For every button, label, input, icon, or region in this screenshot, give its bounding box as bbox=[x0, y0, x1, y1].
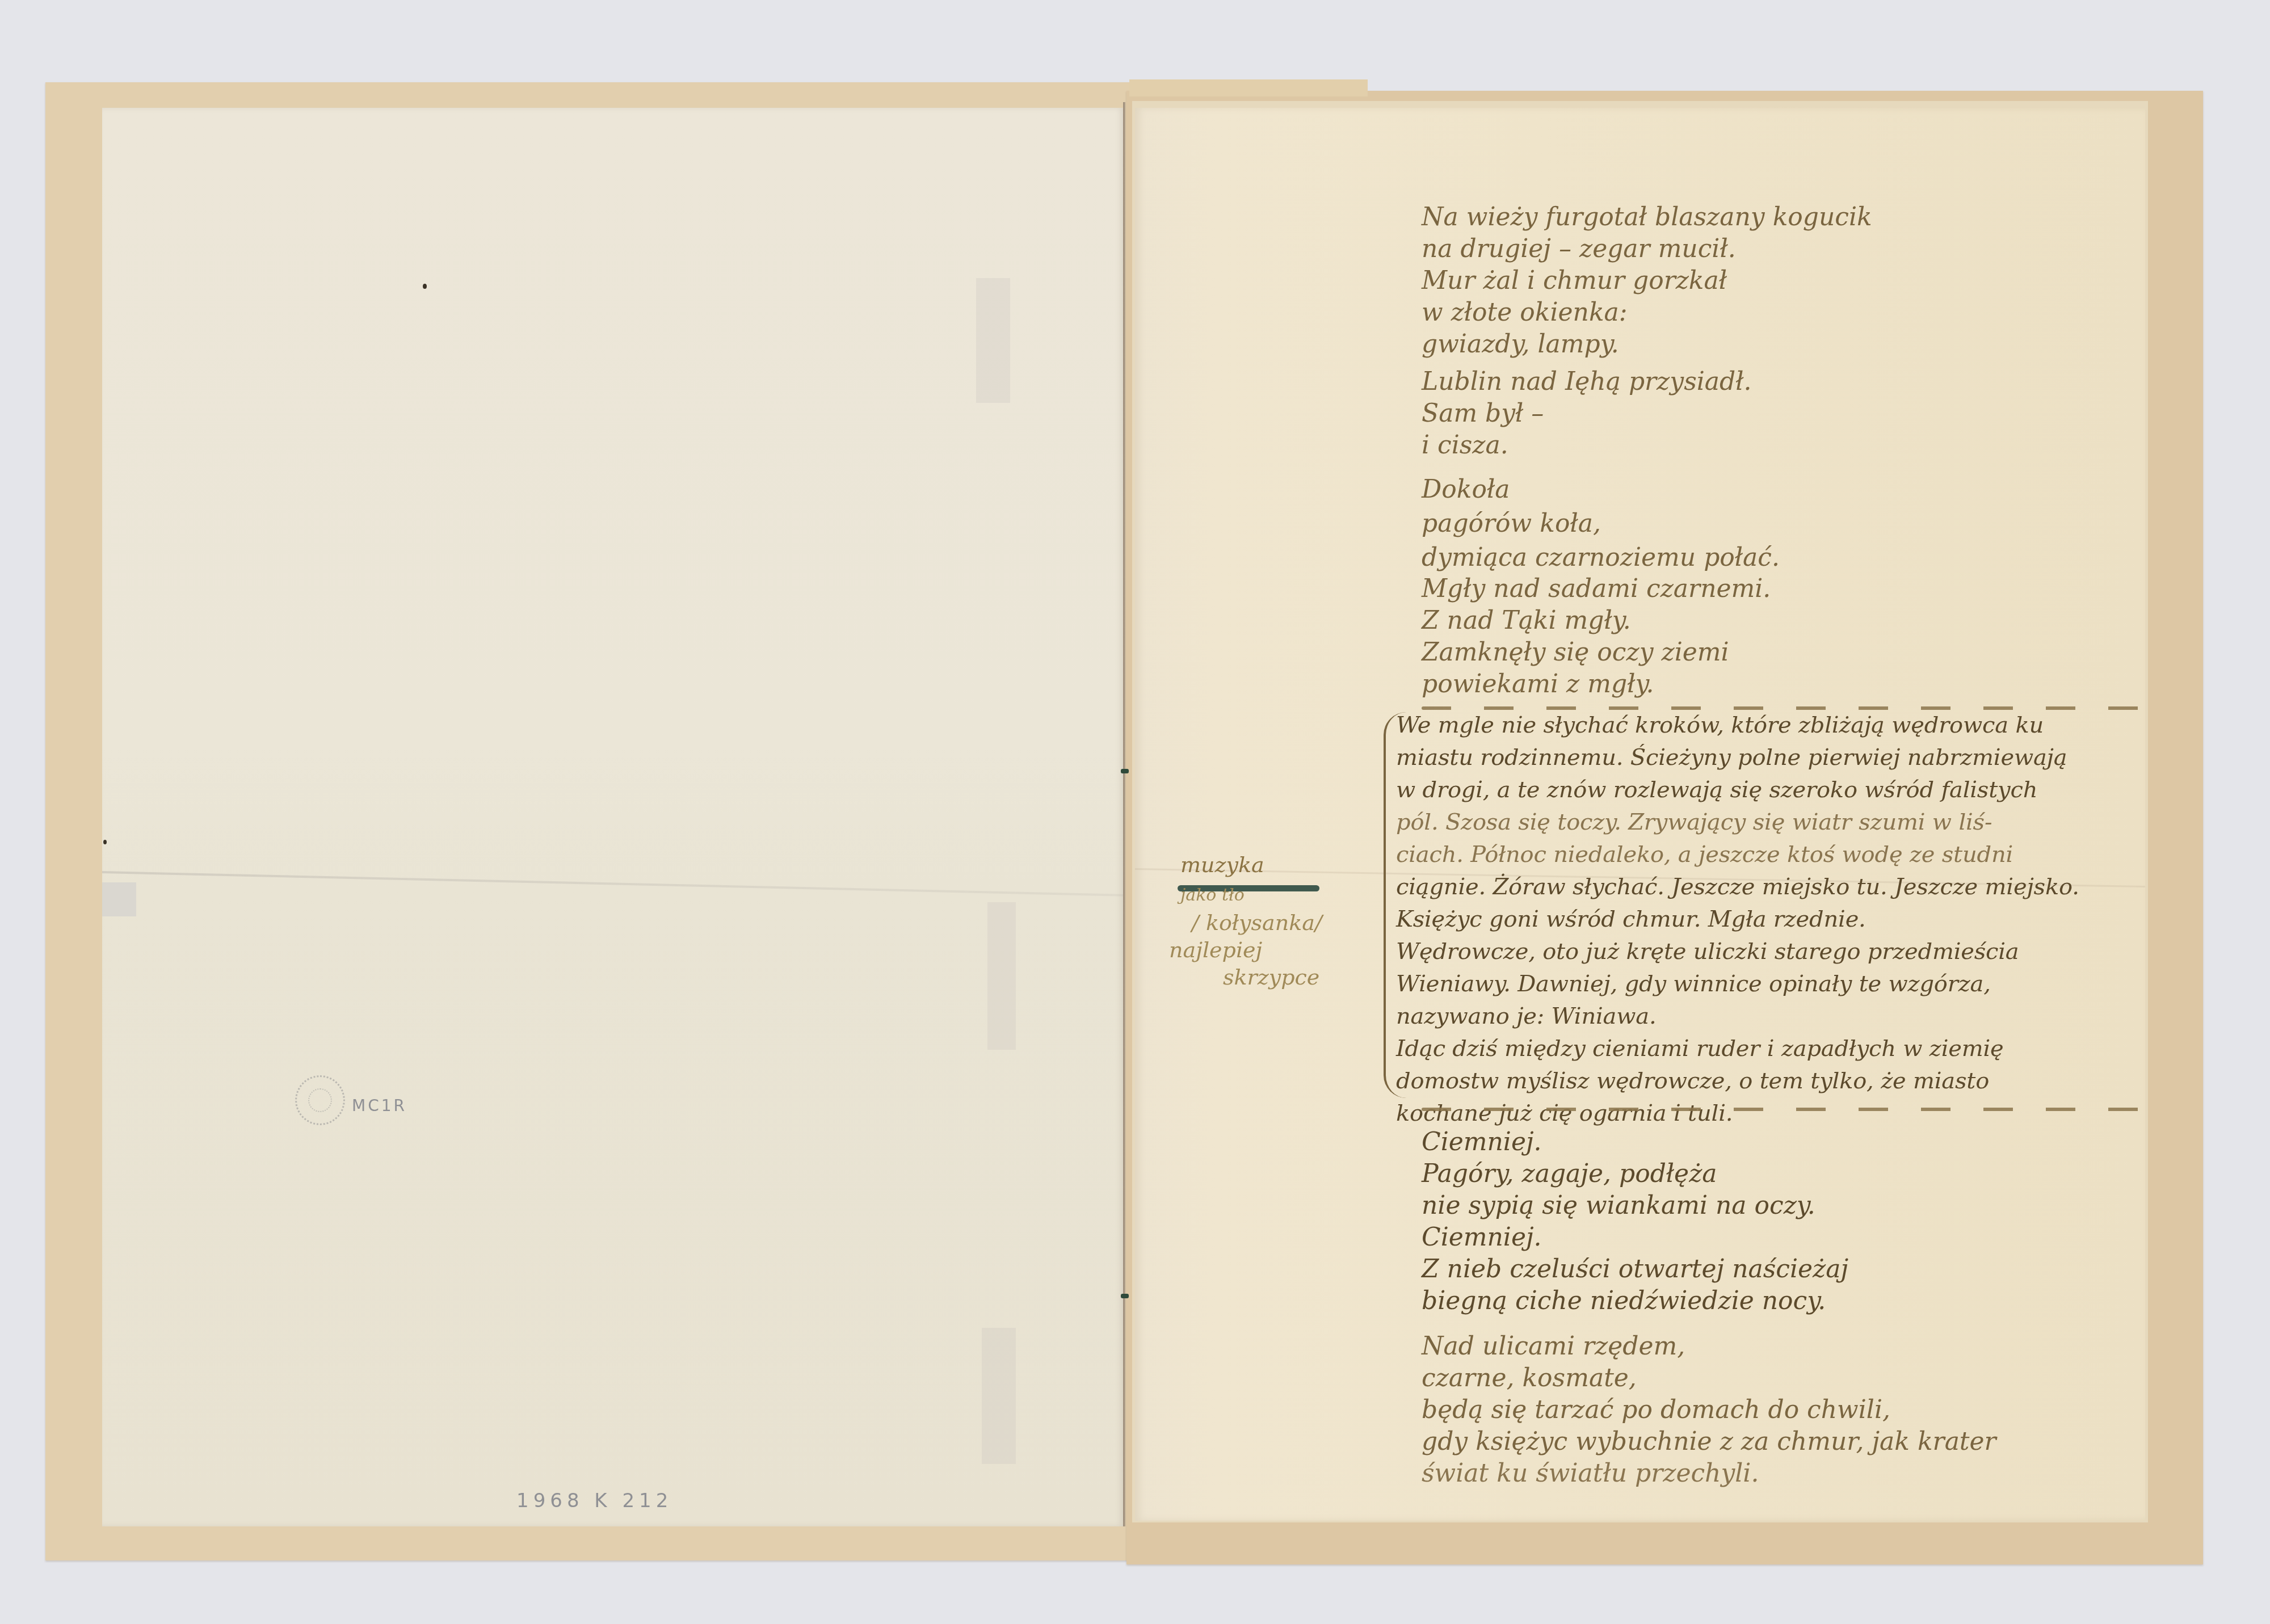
stanza-2: Lublin nad Ięhą przysiadł. Sam był – i c… bbox=[1422, 366, 1751, 461]
prose-line: nazywano je: Winiawa. bbox=[1396, 1000, 2079, 1033]
left-page bbox=[102, 108, 1124, 1526]
stanza-4: Mgły nad sadami czarnemi. Z nad Tąki mgł… bbox=[1422, 573, 1771, 700]
prose-line: domostw myślisz wędrowcze, o tem tylko, … bbox=[1396, 1065, 2079, 1097]
prose-line: Wędrowcze, oto już kręte uliczki starego… bbox=[1396, 936, 2079, 968]
poem-line: Z nad Tąki mgły. bbox=[1422, 605, 1771, 637]
poem-line: i cisza. bbox=[1422, 430, 1751, 461]
prose-line: Idąc dziś między cieniami ruder i zapadł… bbox=[1396, 1033, 2079, 1065]
poem-line: Lublin nad Ięhą przysiadł. bbox=[1422, 366, 1751, 398]
prose-line: Księżyc goni wśród chmur. Mgła rzednie. bbox=[1396, 903, 2079, 936]
margin-note: muzyka jako tło / kołysanka/ najlepiej s… bbox=[1180, 851, 1322, 991]
poem-line: Z nieb czeluści otwartej naścieżaj bbox=[1422, 1253, 1848, 1285]
accession-number: 1968 K 212 bbox=[516, 1490, 672, 1512]
stanza-6: Nad ulicami rzędem, czarne, kosmate, będ… bbox=[1422, 1331, 1996, 1490]
repair-tape bbox=[976, 278, 1010, 403]
poem-line: Ciemniej. bbox=[1422, 1222, 1848, 1253]
poem-line: Mur żal i chmur gorzkał bbox=[1422, 265, 1872, 297]
poem-line: pagórów koła, bbox=[1422, 508, 1780, 540]
stanza-5: Ciemniej. Pagóry, zagaje, podłęża nie sy… bbox=[1422, 1126, 1848, 1317]
poem-line: czarne, kosmate, bbox=[1422, 1362, 1996, 1394]
poem-line: Ciemniej. bbox=[1422, 1126, 1848, 1158]
margin-note-line: / kołysanka/ bbox=[1180, 909, 1322, 936]
poem-line: świat ku światłu przechyli. bbox=[1422, 1458, 1996, 1490]
poem-line: Pagóry, zagaje, podłęża bbox=[1422, 1158, 1848, 1190]
poem-line: Sam był – bbox=[1422, 398, 1751, 430]
margin-struck-word: muzyka bbox=[1180, 851, 1322, 878]
poem-line: Dokoła bbox=[1422, 474, 1780, 506]
stanza-3: Dokoła pagórów koła, dymiąca czarnoziemu… bbox=[1422, 474, 1780, 574]
repair-tape bbox=[982, 1328, 1016, 1464]
poem-line: Na wieży furgotał blaszany kogucik bbox=[1422, 201, 1872, 233]
repair-tape bbox=[987, 902, 1016, 1050]
prose-line: pól. Szosa się toczy. Zrywający się wiat… bbox=[1396, 806, 2079, 839]
poem-line: biegną ciche niedźwiedzie nocy. bbox=[1422, 1285, 1848, 1317]
poem-line: dymiąca czarnoziemu połać. bbox=[1422, 542, 1780, 574]
margin-note-line: jako tło bbox=[1180, 882, 1322, 909]
prose-line: Wieniawy. Dawniej, gdy winnice opinały t… bbox=[1396, 968, 2079, 1000]
shelfmark: MC1R bbox=[352, 1096, 407, 1115]
repair-tape bbox=[102, 882, 136, 916]
stanza-1: Na wieży furgotał blaszany kogucik na dr… bbox=[1422, 201, 1872, 360]
prose-line: w drogi, a te znów rozlewają się szeroko… bbox=[1396, 774, 2079, 806]
library-stamp-icon bbox=[295, 1075, 345, 1125]
ink-speck bbox=[103, 840, 107, 844]
prose-line: We mgle nie słychać kroków, które zbliża… bbox=[1396, 709, 2079, 742]
poem-line: gwiazdy, lampy. bbox=[1422, 329, 1872, 360]
poem-line: w złote okienka: bbox=[1422, 297, 1872, 329]
ink-speck bbox=[423, 284, 427, 289]
poem-line: Nad ulicami rzędem, bbox=[1422, 1331, 1996, 1362]
fold-crease bbox=[102, 871, 1124, 897]
binding-stitch bbox=[1121, 769, 1129, 773]
prose-line: kochane już cię ogarnia i tuli. bbox=[1396, 1097, 2079, 1130]
poem-line: gdy księżyc wybuchnie z za chmur, jak kr… bbox=[1422, 1426, 1996, 1458]
folder-top-flap bbox=[1129, 79, 1368, 96]
prose-line: miastu rodzinnemu. Ścieżyny polne pierwi… bbox=[1396, 742, 2079, 774]
prose-line: ciach. Północ niedaleko, a jeszcze ktoś … bbox=[1396, 839, 2079, 871]
book-spine bbox=[1123, 102, 1125, 1526]
poem-line: powiekami z mgły. bbox=[1422, 668, 1771, 700]
poem-line: Zamknęły się oczy ziemi bbox=[1422, 637, 1771, 668]
binding-stitch bbox=[1121, 1294, 1129, 1298]
margin-note-line: skrzypce bbox=[1180, 964, 1322, 991]
dashed-separator bbox=[1422, 1108, 2148, 1111]
prose-line: ciągnie. Żóraw słychać. Jeszcze miejsko … bbox=[1396, 871, 2079, 903]
prose-section: We mgle nie słychać kroków, które zbliża… bbox=[1396, 709, 2079, 1130]
poem-line: nie sypią się wiankami na oczy. bbox=[1422, 1190, 1848, 1222]
margin-note-line: najlepiej bbox=[1169, 936, 1322, 964]
poem-line: na drugiej – zegar mucił. bbox=[1422, 233, 1872, 265]
poem-line: Mgły nad sadami czarnemi. bbox=[1422, 573, 1771, 605]
poem-line: będą się tarzać po domach do chwili, bbox=[1422, 1394, 1996, 1426]
